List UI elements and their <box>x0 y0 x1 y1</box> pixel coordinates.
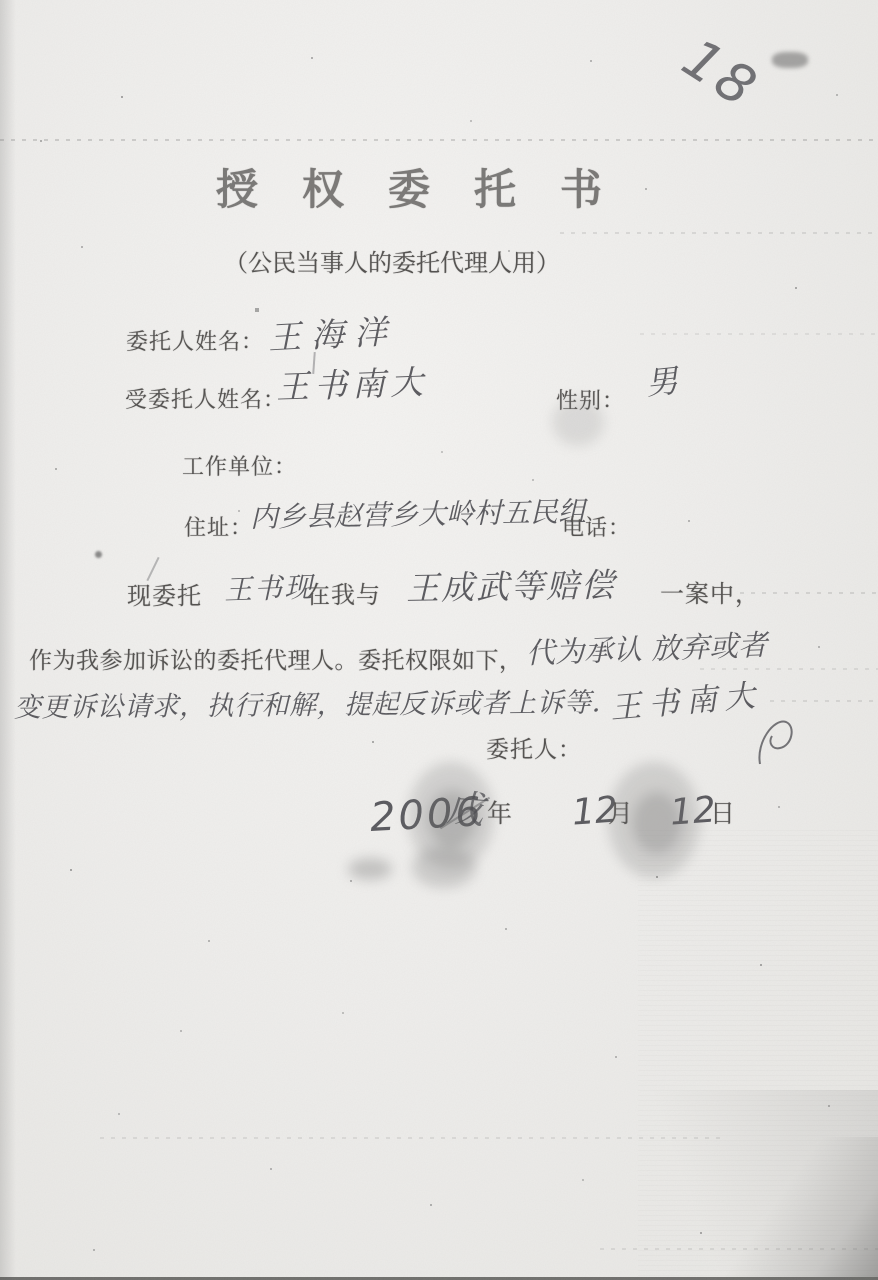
document-title: 授权委托书 <box>216 168 646 214</box>
phone-label: 电话： <box>562 516 631 540</box>
page-number: 18 <box>673 30 768 119</box>
photocopy-streak <box>700 668 878 670</box>
entrusted-agent-handwritten: 王书现 <box>224 572 315 605</box>
scan-corner-shadow <box>678 1137 878 1277</box>
date-day-unit: 日 <box>710 801 736 829</box>
photocopy-streak <box>740 592 878 594</box>
address-value: 内乡县赵营乡大岭村五民组 <box>250 497 586 532</box>
photocopy-streak <box>770 700 878 702</box>
fingerprint-smudge-lower <box>412 846 476 888</box>
entrust-label: 现委托 <box>127 584 202 610</box>
signature-handwritten: 王书南大 <box>609 679 763 725</box>
photocopy-streak <box>600 1248 878 1250</box>
scanned-document-page: 18 授权委托书 （公民当事人的委托代理人用） 委托人姓名： 王海洋 受委托人姓… <box>0 0 878 1280</box>
agency-sentence: 作为我参加诉讼的委托代理人。委托权限如下， <box>29 648 523 673</box>
case-party-handwritten: 王成武等赔偿 <box>406 568 617 606</box>
photocopy-streak <box>0 139 878 141</box>
with-label: 在我与 <box>306 583 381 609</box>
photocopy-streak <box>100 1137 720 1139</box>
address-label: 住址： <box>184 516 253 540</box>
date-year-struck-character: 戊 <box>445 789 486 831</box>
document-subtitle: （公民当事人的委托代理人用） <box>224 251 560 277</box>
agent-name-label: 受委托人姓名： <box>125 388 286 412</box>
agent-name-value: 王书南大 <box>275 365 428 405</box>
gender-label: 性别： <box>556 389 625 413</box>
signature-flourish <box>752 712 804 774</box>
date-month-unit: 月 <box>608 801 634 829</box>
principal-signature-label: 委托人： <box>486 737 582 762</box>
fingerprint-smudge-small <box>348 858 392 880</box>
ink-smudge <box>772 52 808 68</box>
scan-edge-shadow-left <box>0 0 16 1280</box>
principal-name-value: 王海洋 <box>267 315 398 356</box>
authority-handwritten-2: 变更诉讼请求，执行和解，提起反诉或者上诉等． <box>14 689 619 723</box>
ink-dot <box>95 551 102 558</box>
paper-speckle-noise <box>0 0 2 2</box>
authority-handwritten-1: 代为承认 放弃或者 <box>526 630 768 669</box>
case-suffix-label: 一案中， <box>660 582 760 608</box>
photocopy-texture <box>638 830 878 1280</box>
stray-pen-stroke <box>146 557 159 581</box>
gender-value: 男 <box>644 364 679 401</box>
work-unit-label: 工作单位： <box>182 455 297 479</box>
photocopy-streak <box>560 232 878 234</box>
scan-shade-bottom-right <box>578 1090 878 1280</box>
principal-name-label: 委托人姓名： <box>126 330 264 354</box>
date-year-unit: 年 <box>487 801 513 829</box>
photocopy-streak <box>640 333 878 335</box>
